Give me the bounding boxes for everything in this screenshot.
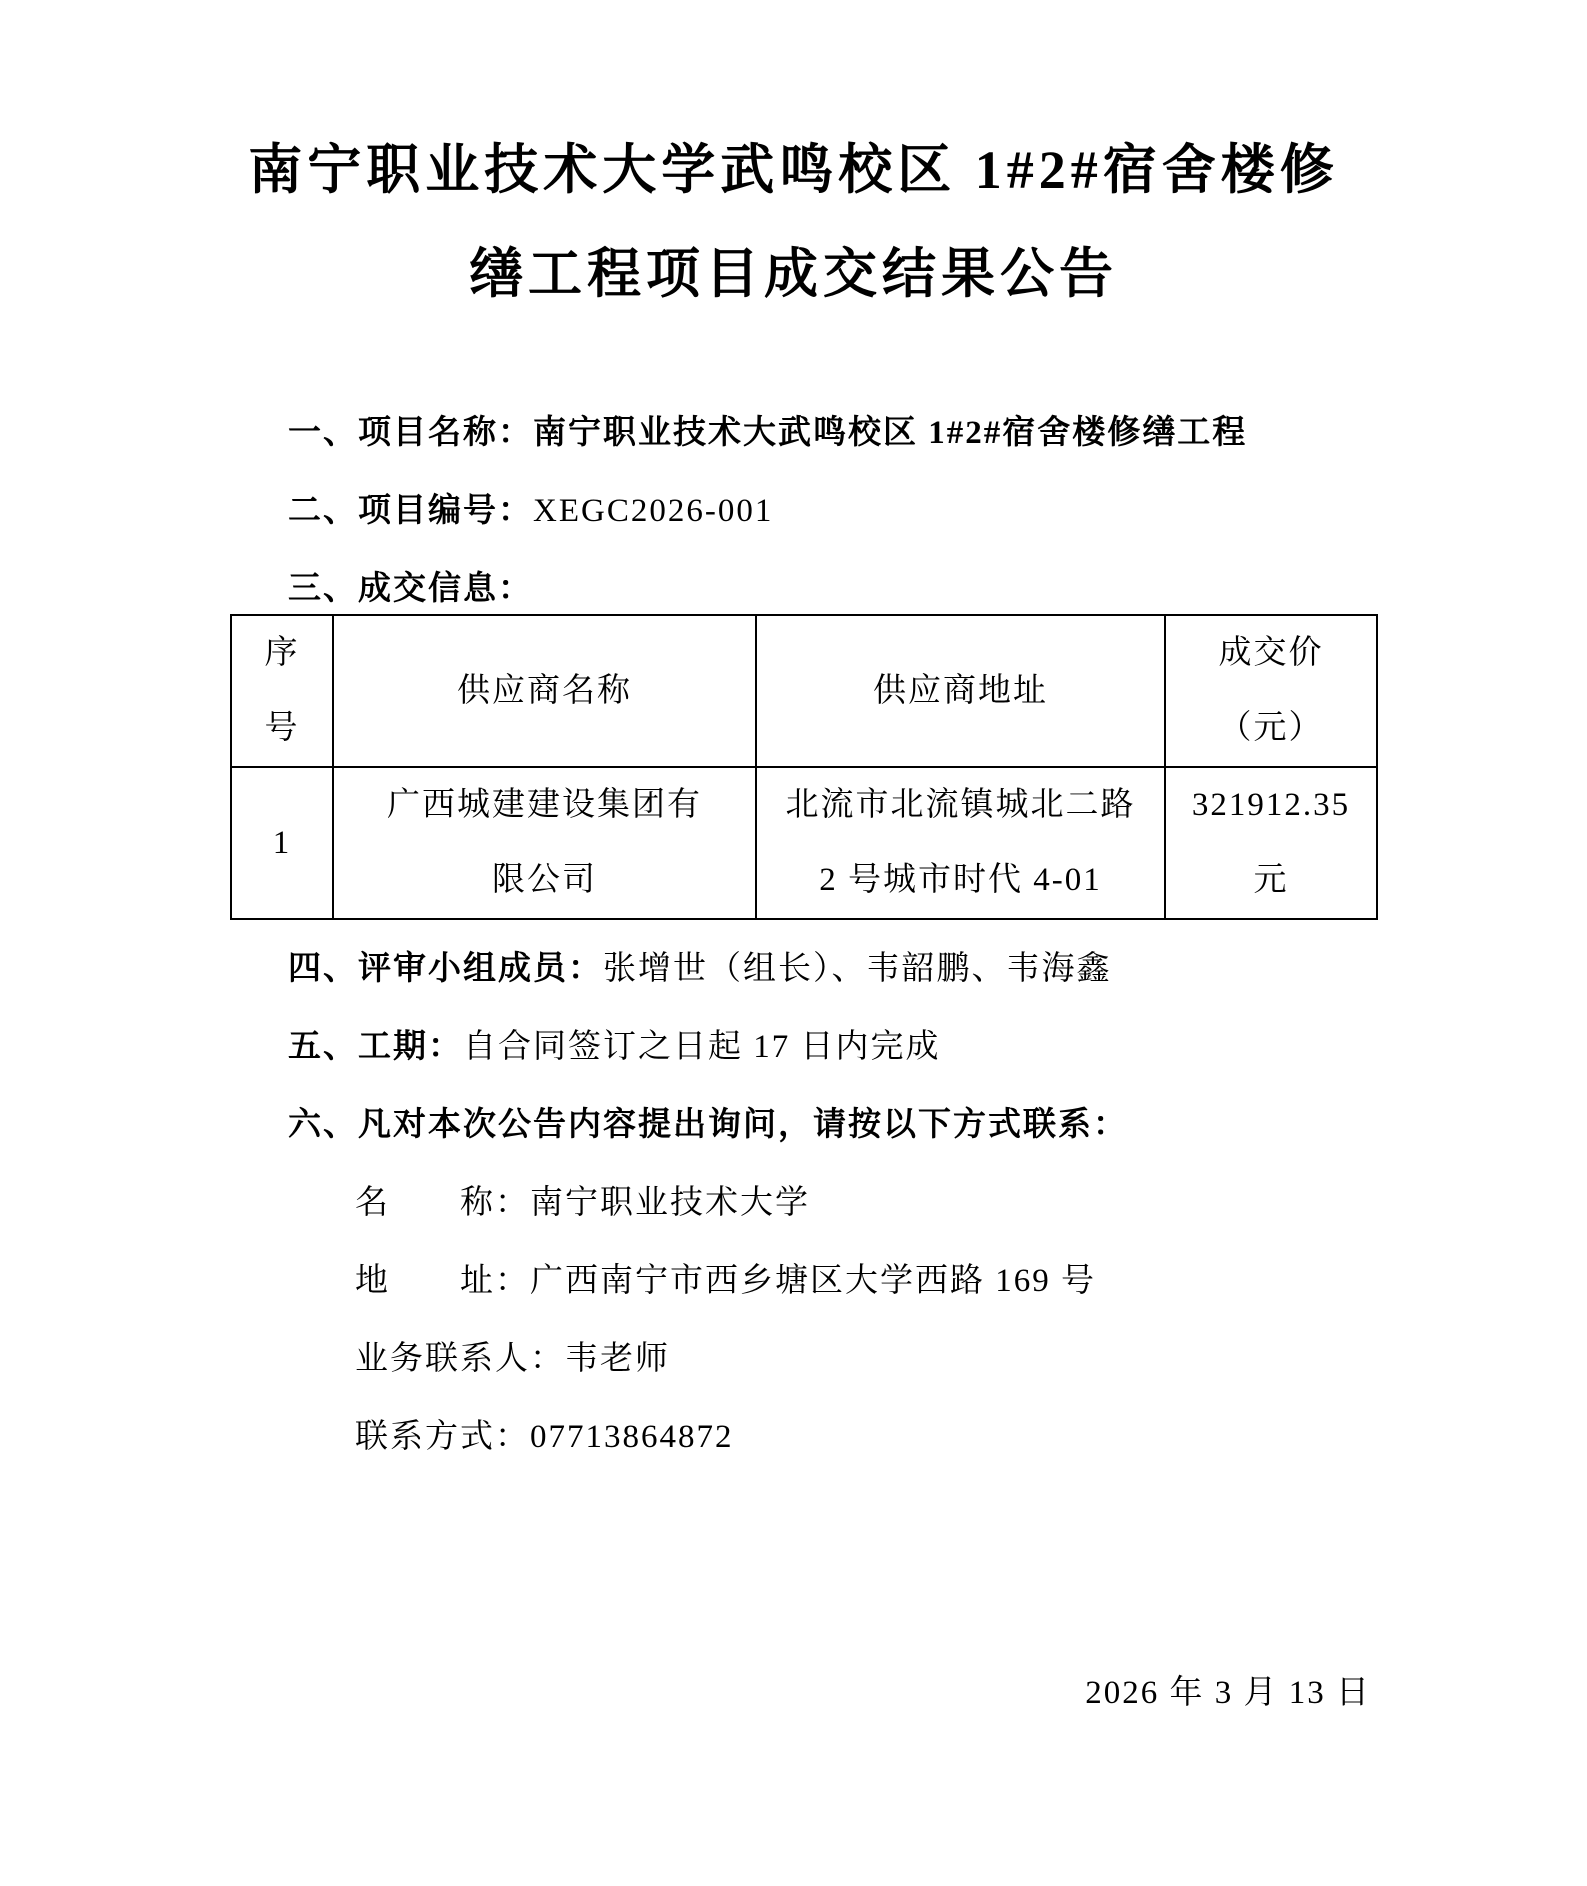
header-cell-supplier-address: 供应商地址 <box>756 615 1165 767</box>
contact-phone-label: 联系方式： <box>355 1419 530 1455</box>
section-inquiry: 六、凡对本次公告内容提出询问，请按以下方式联系： <box>230 1108 1377 1142</box>
contact-address-line: 地 址：广西南宁市西乡塘区大学西路 169 号 <box>230 1264 1377 1298</box>
header-cell-supplier-name: 供应商名称 <box>333 615 756 767</box>
document-title-line-2: 缮工程项目成交结果公告 <box>0 222 1587 326</box>
project-name-label: 一、项目名称： <box>288 415 533 451</box>
document-body: 一、项目名称：南宁职业技术大武鸣校区 1#2#宿舍楼修缮工程 二、项目编号：XE… <box>230 416 1377 1710</box>
document-page: 南宁职业技术大学武鸣校区 1#2#宿舍楼修 缮工程项目成交结果公告 一、项目名称… <box>0 0 1587 1886</box>
section-project-name: 一、项目名称：南宁职业技术大武鸣校区 1#2#宿舍楼修缮工程 <box>230 416 1377 450</box>
review-panel-label: 四、评审小组成员： <box>288 951 603 987</box>
project-number-label: 二、项目编号： <box>288 493 533 529</box>
duration-label: 五、工期： <box>288 1029 463 1065</box>
document-title-line-1: 南宁职业技术大学武鸣校区 1#2#宿舍楼修 <box>0 118 1587 222</box>
cell-supplier-address: 北流市北流镇城北二路 2 号城市时代 4-01 <box>756 767 1165 919</box>
cell-deal-price: 321912.35 元 <box>1165 767 1377 919</box>
contact-name-value: 南宁职业技术大学 <box>530 1185 810 1221</box>
document-title: 南宁职业技术大学武鸣校区 1#2#宿舍楼修 缮工程项目成交结果公告 <box>0 0 1587 326</box>
contact-phone-line: 联系方式：07713864872 <box>230 1420 1377 1454</box>
contact-person-value: 韦老师 <box>565 1341 670 1377</box>
review-panel-value: 张增世（组长）、韦韶鹏、韦海鑫 <box>603 951 1112 987</box>
contact-phone-value: 07713864872 <box>530 1419 734 1455</box>
contact-address-value: 广西南宁市西乡塘区大学西路 169 号 <box>530 1263 1096 1299</box>
duration-value: 自合同签订之日起 17 日内完成 <box>463 1029 941 1065</box>
contact-name-line: 名 称：南宁职业技术大学 <box>230 1186 1377 1220</box>
document-date: 2026 年 3 月 13 日 <box>230 1676 1377 1710</box>
deal-result-table: 序号 供应商名称 供应商地址 成交价（元） 1 广西城建建设集团有限公司 北流市… <box>230 614 1378 920</box>
section-review-panel: 四、评审小组成员：张增世（组长）、韦韶鹏、韦海鑫 <box>230 952 1377 986</box>
table-header-row: 序号 供应商名称 供应商地址 成交价（元） <box>231 615 1377 767</box>
deal-info-label: 三、成交信息： <box>288 571 533 607</box>
table-row: 1 广西城建建设集团有限公司 北流市北流镇城北二路 2 号城市时代 4-01 3… <box>231 767 1377 919</box>
contact-person-label: 业务联系人： <box>355 1341 565 1377</box>
cell-supplier-name: 广西城建建设集团有限公司 <box>333 767 756 919</box>
project-number-value: XEGC2026-001 <box>533 493 773 529</box>
contact-person-line: 业务联系人：韦老师 <box>230 1342 1377 1376</box>
section-duration: 五、工期：自合同签订之日起 17 日内完成 <box>230 1030 1377 1064</box>
cell-index: 1 <box>231 767 333 919</box>
contact-name-label: 名 称： <box>355 1185 530 1221</box>
section-project-number: 二、项目编号：XEGC2026-001 <box>230 494 1377 528</box>
project-name-value: 南宁职业技术大武鸣校区 1#2#宿舍楼修缮工程 <box>533 415 1247 451</box>
inquiry-label: 六、凡对本次公告内容提出询问，请按以下方式联系： <box>288 1107 1128 1143</box>
header-cell-index: 序号 <box>231 615 333 767</box>
contact-address-label: 地 址： <box>355 1263 530 1299</box>
section-deal-info: 三、成交信息： <box>230 572 1377 606</box>
header-cell-deal-price: 成交价（元） <box>1165 615 1377 767</box>
